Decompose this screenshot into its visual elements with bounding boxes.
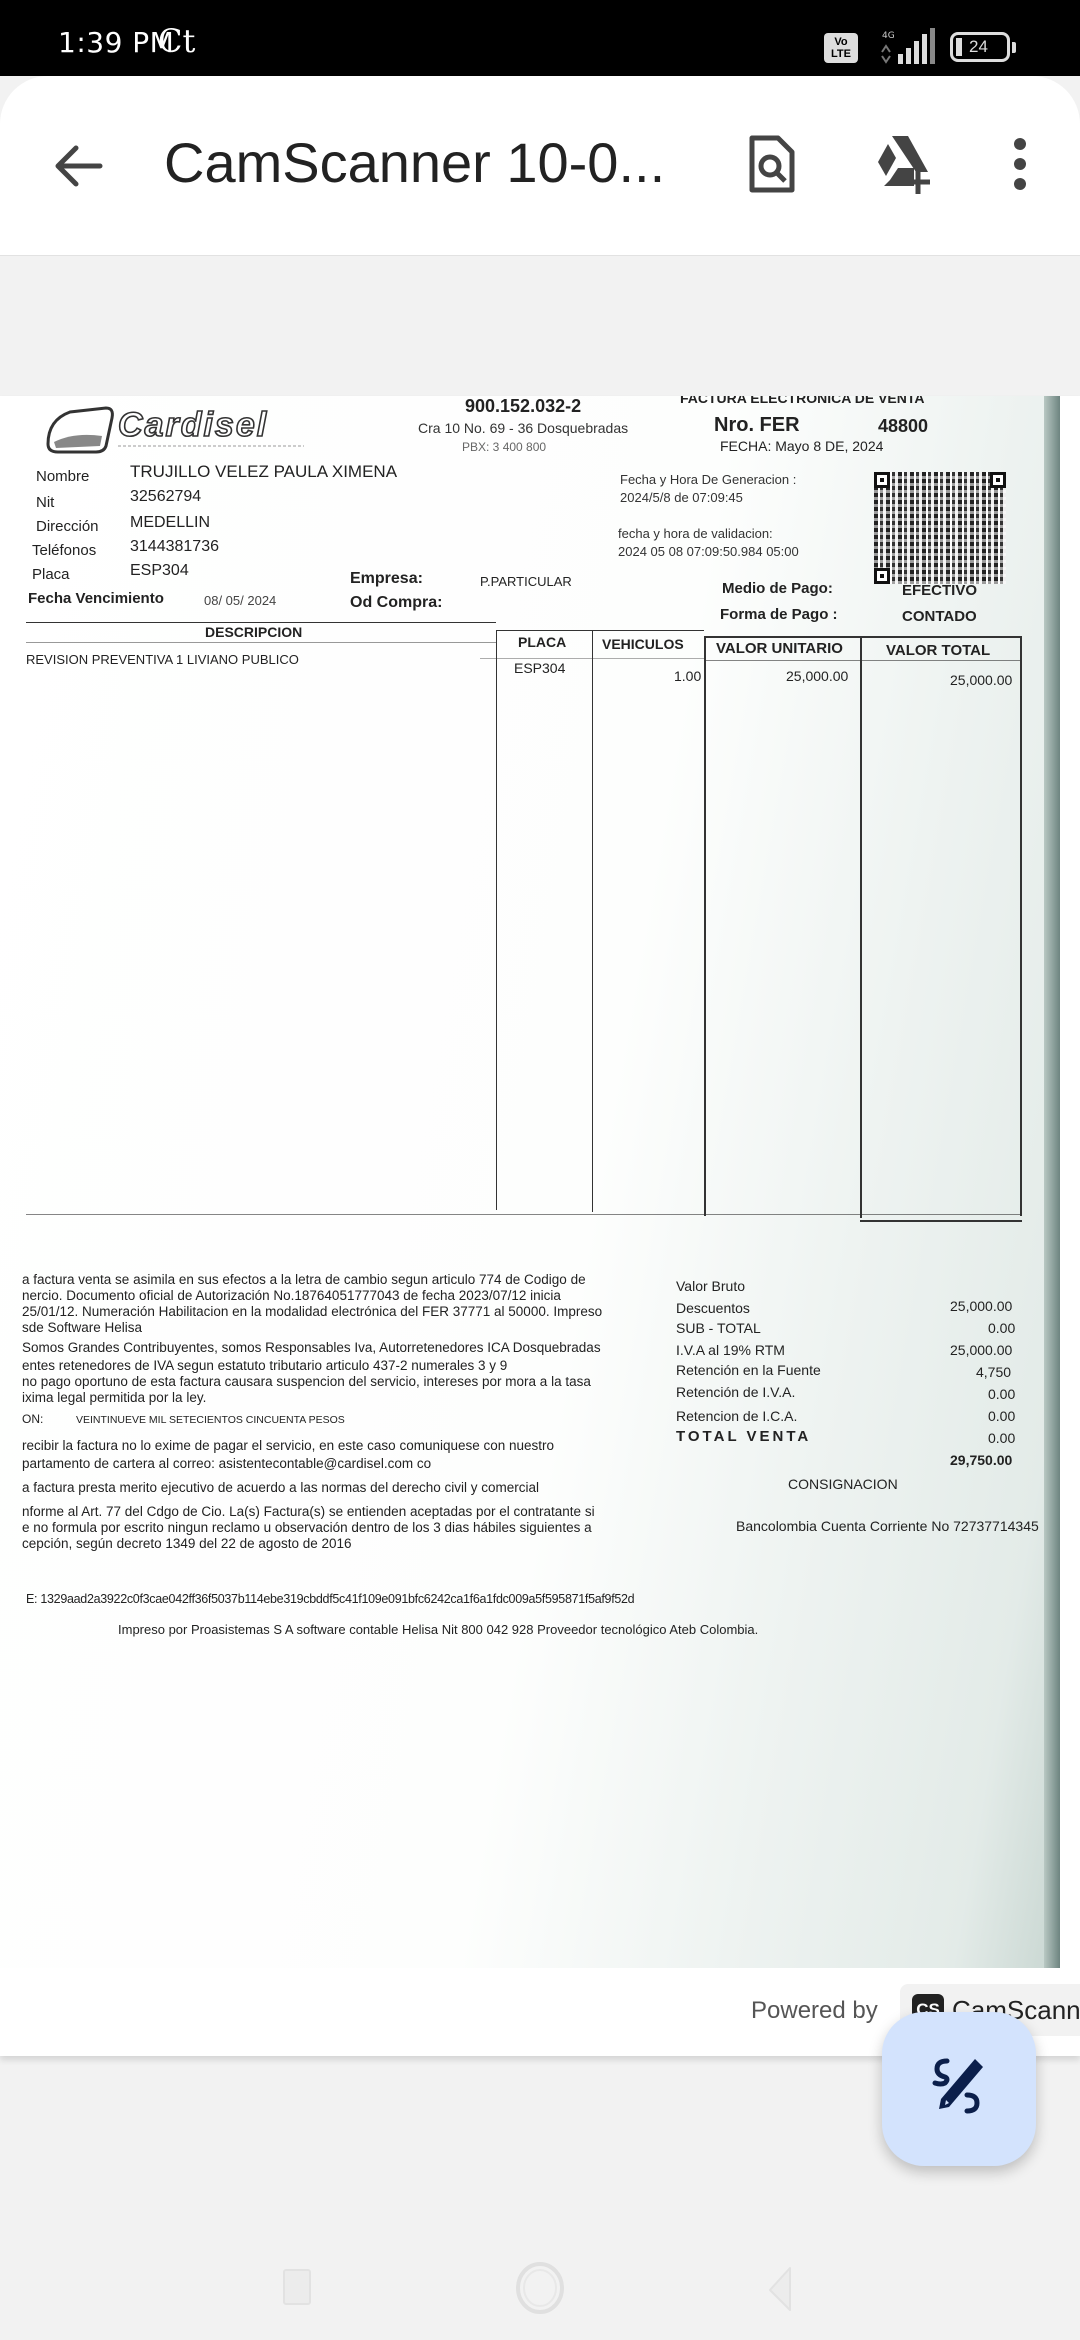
empresa-value: P.PARTICULAR: [480, 574, 572, 589]
invoice-number-label: Nro. FER: [714, 414, 800, 437]
system-nav-bar: [0, 2240, 1080, 2340]
back-icon[interactable]: [762, 2264, 802, 2314]
total-value-total-venta: 29,750.00: [950, 1452, 1012, 1468]
validation-value: 2024 05 08 07:09:50.984 05:00: [618, 544, 799, 559]
battery-level: 24: [969, 37, 988, 57]
nombre-label: Nombre: [36, 468, 89, 485]
telefonos-label: Teléfonos: [32, 542, 96, 559]
printed-by: Impreso por Proasistemas S A software co…: [118, 1622, 758, 1637]
due-date: 08/ 05/ 2024: [204, 593, 276, 608]
col-header-placa: PLACA: [518, 634, 566, 650]
company-pbx: PBX: 3 400 800: [462, 440, 546, 454]
powered-by-label: Powered by: [751, 1997, 878, 2025]
col-header-valor-total: VALOR TOTAL: [886, 642, 990, 659]
status-time: 1:39 PM: [58, 26, 174, 59]
document-type: FACTURA ELECTRONICA DE VENTA: [680, 396, 924, 406]
forma-pago-value: CONTADO: [902, 608, 977, 625]
qr-code: [874, 472, 1006, 584]
battery-icon: 24: [950, 32, 1010, 62]
row-valor-total: 25,000.00: [950, 672, 1012, 688]
row-valor-unitario: 25,000.00: [786, 668, 848, 684]
amount-in-words: VEINTINUEVE MIL SETECIENTOS CINCUENTA PE…: [76, 1414, 345, 1426]
od-compra-label: Od Compra:: [350, 594, 442, 612]
svg-text:Cardisel: Cardisel: [118, 406, 268, 444]
status-bar: 1:39 PM Ct Vo LTE 4G 24: [0, 0, 1080, 76]
col-header-valor-unitario: VALOR UNITARIO: [716, 640, 843, 657]
total-label-iva: I.V.A al 19% RTM: [676, 1342, 785, 1358]
customer-address: MEDELLIN: [130, 514, 210, 532]
empresa-label: Empresa:: [350, 570, 423, 588]
row-descripcion: REVISION PREVENTIVA 1 LIVIANO PUBLICO: [26, 652, 299, 667]
col-header-descripcion: DESCRIPCION: [205, 624, 302, 640]
total-label-reteiva: Retención de I.V.A.: [676, 1384, 795, 1400]
arrow-left-icon[interactable]: [46, 134, 110, 198]
document-viewer[interactable]: Cardisel 900.152.032-2 Cra 10 No. 69 - 3…: [0, 256, 1080, 2056]
total-label-reteica: Retencion de I.C.A.: [676, 1408, 797, 1424]
total-label-valor-bruto: Valor Bruto: [676, 1278, 745, 1294]
total-value-reteica: 0.00: [988, 1430, 1015, 1446]
amount-words-label: ON:: [22, 1412, 43, 1426]
document-page: Cardisel 900.152.032-2 Cra 10 No. 69 - 3…: [0, 396, 1080, 2056]
home-icon[interactable]: [510, 2258, 570, 2318]
add-to-drive-icon[interactable]: [870, 132, 934, 196]
customer-phone: 3144381736: [130, 538, 219, 556]
total-value-reteiva: 0.00: [988, 1408, 1015, 1424]
total-value-iva: 4,750: [976, 1364, 1011, 1380]
document-title: CamScanner 10-0...: [164, 130, 665, 195]
customer-name: TRUJILLO VELEZ PAULA XIMENA: [130, 462, 397, 482]
network-type: 4G: [882, 31, 895, 41]
total-value-descuentos: 0.00: [988, 1320, 1015, 1336]
invoice-date: FECHA: Mayo 8 DE, 2024: [720, 438, 883, 454]
sign-pen-icon: [919, 2049, 999, 2129]
search-document-icon[interactable]: [740, 132, 804, 196]
signal-icon: 4G: [868, 28, 938, 64]
carrier-icon: Ct: [158, 22, 195, 60]
total-label-retefuente: Retención en la Fuente: [676, 1362, 821, 1378]
total-value-retefuente: 0.00: [988, 1386, 1015, 1402]
company-nit: 900.152.032-2: [465, 396, 581, 417]
total-value-subtotal: 25,000.00: [950, 1342, 1012, 1358]
total-value-valor-bruto: 25,000.00: [950, 1298, 1012, 1314]
col-header-vehiculos: VEHICULOS: [602, 636, 684, 652]
company-address: Cra 10 No. 69 - 36 Dosquebradas: [418, 420, 628, 436]
row-vehiculos: 1.00: [674, 668, 701, 684]
bank-account: Bancolombia Cuenta Corriente No 72737714…: [736, 1518, 1039, 1534]
total-label-descuentos: Descuentos: [676, 1300, 750, 1316]
medio-pago-label: Medio de Pago:: [722, 580, 833, 597]
total-label-subtotal: SUB - TOTAL: [676, 1320, 761, 1336]
forma-pago-label: Forma de Pago :: [720, 606, 838, 623]
sign-button[interactable]: [882, 2012, 1036, 2166]
invoice-number: 48800: [878, 416, 928, 437]
total-label-total-venta: TOTAL VENTA: [676, 1428, 811, 1445]
cufe-code: E: 1329aad2a3922c0f3cae042ff36f5037b114e…: [26, 1592, 634, 1606]
generation-label: Fecha y Hora De Generacion :: [620, 472, 796, 487]
scanned-invoice: Cardisel 900.152.032-2 Cra 10 No. 69 - 3…: [0, 396, 1060, 1968]
customer-nit: 32562794: [130, 488, 201, 506]
row-placa: ESP304: [514, 660, 565, 676]
direccion-label: Dirección: [36, 518, 99, 535]
cardisel-logo: Cardisel: [44, 402, 324, 456]
vencimiento-label: Fecha Vencimiento: [28, 590, 164, 607]
placa-label: Placa: [32, 566, 70, 583]
validation-label: fecha y hora de validacion:: [618, 526, 773, 541]
consignacion-label: CONSIGNACION: [788, 1476, 898, 1492]
customer-plate: ESP304: [130, 562, 189, 580]
app-bar: CamScanner 10-0...: [0, 76, 1080, 256]
volte-icon: Vo LTE: [824, 33, 858, 63]
more-vert-icon[interactable]: [988, 132, 1052, 196]
medio-pago-value: EFECTIVO: [902, 582, 977, 599]
recents-icon[interactable]: [278, 2264, 318, 2314]
nit-label: Nit: [36, 494, 54, 511]
generation-value: 2024/5/8 de 07:09:45: [620, 490, 743, 505]
